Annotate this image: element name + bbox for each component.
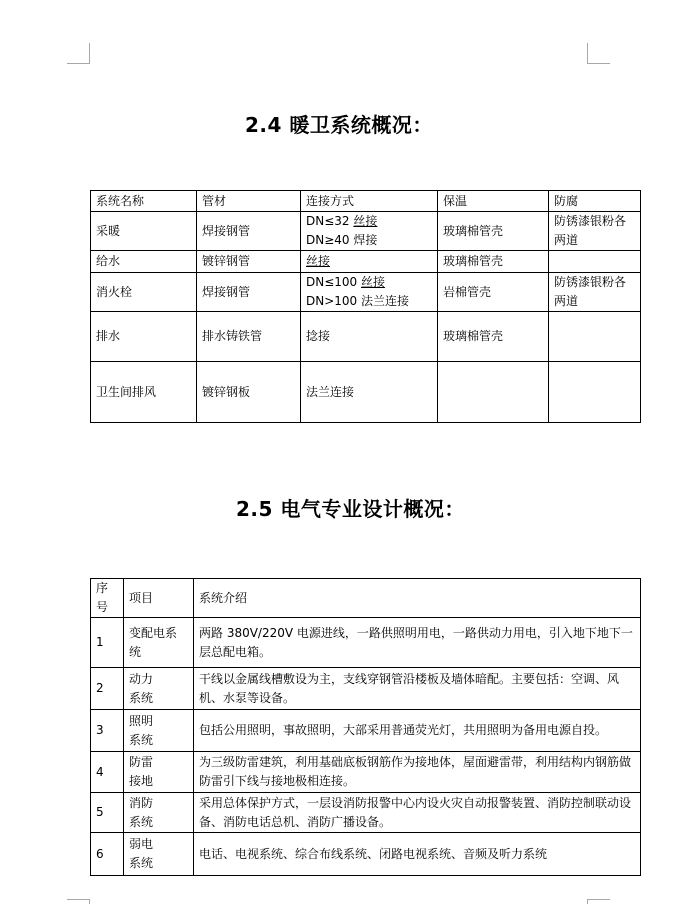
- elec-cell-no: 3: [91, 710, 124, 752]
- elec-cell-desc: 采用总体保护方式，一层设消防报警中心内设火灾自动报警装置、消防控制联动设备、消防…: [194, 793, 641, 833]
- hvac-cell-anticorrosion: [549, 312, 641, 362]
- elec-cell-no: 5: [91, 793, 124, 833]
- elec-cell-item: 动力 系统: [124, 668, 194, 710]
- elec-row-lighting: 3 照明 系统 包括公用照明，事故照明，大部采用普通荧光灯，共用照明为备用电源自…: [91, 710, 641, 752]
- section-heading-2-5: 2.5 电气专业设计概况：: [236, 496, 465, 522]
- elec-cell-desc: 电话、电视系统、综合布线系统、闭路电视系统、音频及听力系统: [194, 833, 641, 876]
- hvac-cell-insulation: [438, 362, 549, 423]
- margin-mark-top-right-icon: [587, 43, 610, 64]
- hvac-cell-insulation: 玻璃棉管壳: [438, 251, 549, 273]
- hvac-systems-table: 系统名称 管材 连接方式 保温 防腐 采暖 焊接钢管 DN≤32 丝接DN≥40…: [90, 190, 641, 423]
- hvac-cell-insulation: 玻璃棉管壳: [438, 312, 549, 362]
- hvac-cell-system: 采暖: [91, 212, 197, 251]
- margin-mark-top-left-icon: [67, 43, 90, 64]
- hvac-cell-connection: 法兰连接: [301, 362, 438, 423]
- hvac-cell-anticorrosion: 防锈漆银粉各两道: [549, 273, 641, 312]
- hvac-header-row: 系统名称 管材 连接方式 保温 防腐: [91, 191, 641, 212]
- elec-cell-desc: 为三级防雷建筑，利用基础底板钢筋作为接地体，屋面避雷带，利用结构内钢筋做防雷引下…: [194, 752, 641, 793]
- hvac-header-anticorrosion: 防腐: [549, 191, 641, 212]
- hvac-header-pipe: 管材: [197, 191, 301, 212]
- hvac-cell-system: 消火栓: [91, 273, 197, 312]
- hvac-row-fire-hydrant: 消火栓 焊接钢管 DN≤100 丝接DN>100 法兰连接 岩棉管壳 防锈漆银粉…: [91, 273, 641, 312]
- hvac-cell-connection: 丝接: [301, 251, 438, 273]
- elec-cell-item: 防雷 接地: [124, 752, 194, 793]
- hvac-cell-anticorrosion: 防锈漆银粉各两道: [549, 212, 641, 251]
- elec-cell-desc: 干线以金属线槽敷设为主，支线穿钢管沿楼板及墙体暗配。主要包括：空调、风机、水泵等…: [194, 668, 641, 710]
- hvac-row-water-supply: 给水 镀锌钢管 丝接 玻璃棉管壳: [91, 251, 641, 273]
- hvac-cell-pipe: 排水铸铁管: [197, 312, 301, 362]
- hvac-cell-pipe: 镀锌钢板: [197, 362, 301, 423]
- hvac-header-insulation: 保温: [438, 191, 549, 212]
- hvac-cell-system: 卫生间排风: [91, 362, 197, 423]
- elec-header-no: 序 号: [91, 579, 124, 618]
- hvac-cell-anticorrosion: [549, 362, 641, 423]
- elec-header-desc: 系统介绍: [194, 579, 641, 618]
- hvac-cell-connection: DN≤100 丝接DN>100 法兰连接: [301, 273, 438, 312]
- hvac-cell-insulation: 岩棉管壳: [438, 273, 549, 312]
- elec-cell-item: 变配电系 统: [124, 618, 194, 668]
- hvac-cell-pipe: 焊接钢管: [197, 212, 301, 251]
- margin-mark-bottom-right-icon: [587, 899, 610, 904]
- hvac-cell-pipe: 焊接钢管: [197, 273, 301, 312]
- elec-cell-no: 1: [91, 618, 124, 668]
- elec-cell-desc: 包括公用照明，事故照明，大部采用普通荧光灯，共用照明为备用电源自投。: [194, 710, 641, 752]
- document-page: 2.4 暖卫系统概况： 系统名称 管材 连接方式 保温 防腐 采暖 焊接钢管 D…: [0, 0, 691, 904]
- hvac-cell-system: 给水: [91, 251, 197, 273]
- margin-mark-bottom-left-icon: [67, 899, 90, 904]
- elec-cell-item: 照明 系统: [124, 710, 194, 752]
- hvac-cell-connection: 捻接: [301, 312, 438, 362]
- elec-row-lightning-grounding: 4 防雷 接地 为三级防雷建筑，利用基础底板钢筋作为接地体，屋面避雷带，利用结构…: [91, 752, 641, 793]
- hvac-cell-connection: DN≤32 丝接DN≥40 焊接: [301, 212, 438, 251]
- elec-cell-item: 弱电 系统: [124, 833, 194, 876]
- hvac-row-drainage: 排水 排水铸铁管 捻接 玻璃棉管壳: [91, 312, 641, 362]
- elec-cell-no: 4: [91, 752, 124, 793]
- hvac-cell-insulation: 玻璃棉管壳: [438, 212, 549, 251]
- hvac-cell-system: 排水: [91, 312, 197, 362]
- hvac-row-toilet-exhaust: 卫生间排风 镀锌钢板 法兰连接: [91, 362, 641, 423]
- electrical-design-table: 序 号 项目 系统介绍 1 变配电系 统 两路 380V/220V 电源进线，一…: [90, 578, 641, 876]
- elec-cell-desc: 两路 380V/220V 电源进线，一路供照明用电，一路供动力用电，引入地下地下…: [194, 618, 641, 668]
- hvac-header-system: 系统名称: [91, 191, 197, 212]
- hvac-row-heating: 采暖 焊接钢管 DN≤32 丝接DN≥40 焊接 玻璃棉管壳 防锈漆银粉各两道: [91, 212, 641, 251]
- elec-row-power-system: 2 动力 系统 干线以金属线槽敷设为主，支线穿钢管沿楼板及墙体暗配。主要包括：空…: [91, 668, 641, 710]
- hvac-header-connection: 连接方式: [301, 191, 438, 212]
- elec-cell-no: 6: [91, 833, 124, 876]
- hvac-cell-anticorrosion: [549, 251, 641, 273]
- elec-cell-item: 消防 系统: [124, 793, 194, 833]
- elec-row-power-distribution: 1 变配电系 统 两路 380V/220V 电源进线，一路供照明用电，一路供动力…: [91, 618, 641, 668]
- section-heading-2-4: 2.4 暖卫系统概况：: [245, 112, 433, 138]
- elec-row-weak-current: 6 弱电 系统 电话、电视系统、综合布线系统、闭路电视系统、音频及听力系统: [91, 833, 641, 876]
- elec-row-fire-protection: 5 消防 系统 采用总体保护方式，一层设消防报警中心内设火灾自动报警装置、消防控…: [91, 793, 641, 833]
- elec-header-item: 项目: [124, 579, 194, 618]
- hvac-cell-pipe: 镀锌钢管: [197, 251, 301, 273]
- elec-cell-no: 2: [91, 668, 124, 710]
- elec-header-row: 序 号 项目 系统介绍: [91, 579, 641, 618]
